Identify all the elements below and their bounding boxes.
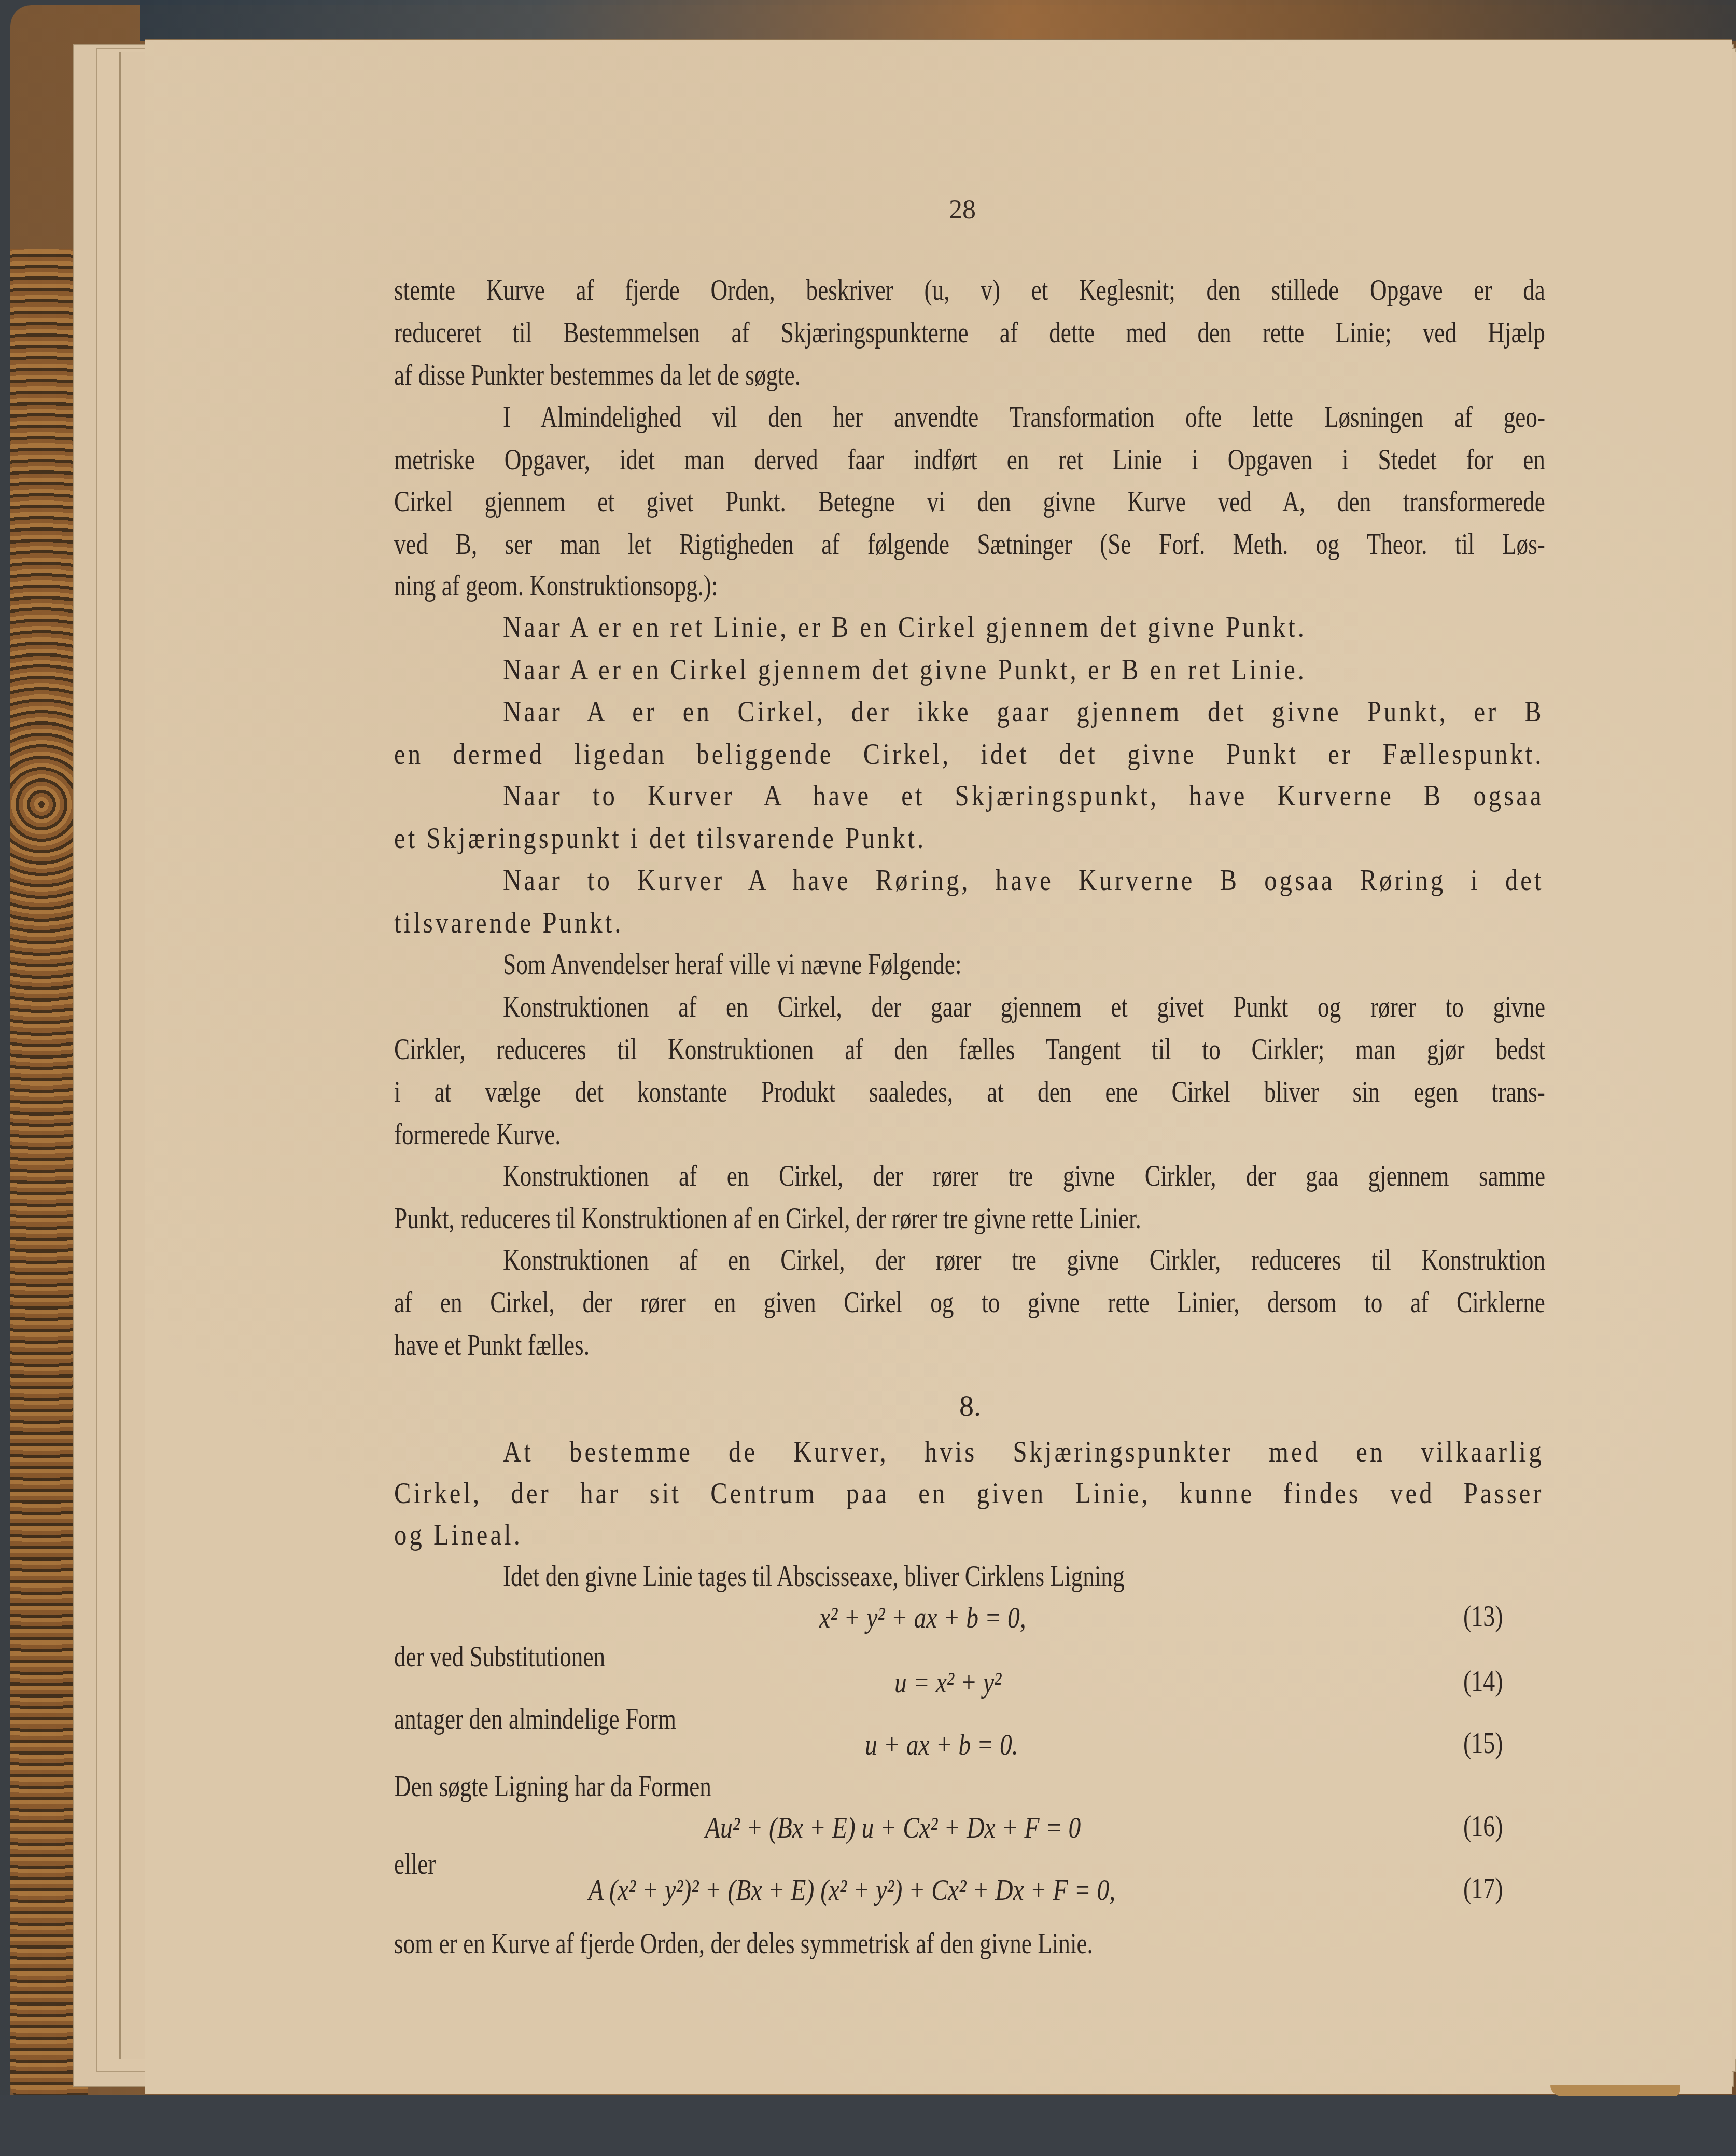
text-line: ning af geom. Konstruktionsopg.): (394, 571, 1545, 601)
text-line: som er en Kurve af fjerde Orden, der del… (394, 1928, 1545, 1958)
equation-15: u + ax + b = 0. (865, 1727, 1018, 1762)
problem-statement-line: Cirkel, der har sit Centrum paa en given… (394, 1478, 1544, 1508)
text-line: have et Punkt fælles. (394, 1330, 1545, 1360)
equation-17: A (x² + y²)² + (Bx + E) (x² + y²) + Cx² … (589, 1872, 1115, 1907)
text-line: Konstruktionen af en Cirkel, der rører t… (503, 1161, 1545, 1191)
theorem-line: et Skjæringspunkt i det tilsvarende Punk… (394, 823, 1544, 853)
equation-16: Au² + (Bx + E) u + Cx² + Dx + F = 0 (705, 1810, 1081, 1845)
text-line: Konstruktionen af en Cirkel, der rører t… (503, 1245, 1545, 1275)
equation-number-13: (13) (1463, 1600, 1503, 1633)
page-number: 28 (949, 194, 976, 225)
theorem-line: en dermed ligedan beliggende Cirkel, ide… (394, 739, 1544, 769)
page-edge-tear (1550, 2085, 1680, 2096)
text-line: reduceret til Bestemmelsen af Skjæringsp… (394, 317, 1545, 347)
text-line: Idet den givne Linie tages til Abscissea… (503, 1561, 1545, 1591)
text-line: i at vælge det konstante Produkt saalede… (394, 1077, 1545, 1107)
text-line: Cirkel gjennem et givet Punkt. Betegne v… (394, 486, 1545, 517)
theorem-line: Naar to Kurver A have et Skjæringspunkt,… (503, 781, 1544, 811)
text-line: Konstruktionen af en Cirkel, der gaar gj… (503, 992, 1545, 1022)
text-line: Som Anvendelser heraf ville vi nævne Føl… (503, 949, 1545, 979)
text-line: formerede Kurve. (394, 1119, 1545, 1149)
book-binding-top-edge (140, 0, 1736, 41)
equation-number-14: (14) (1463, 1665, 1503, 1698)
text-line: af en Cirkel, der rører en given Cirkel … (394, 1287, 1545, 1317)
equation-number-15: (15) (1463, 1727, 1503, 1760)
text-line: af disse Punkter bestemmes da let de søg… (394, 360, 1545, 390)
text-line: I Almindelighed vil den her anvendte Tra… (503, 402, 1545, 432)
equation-number-16: (16) (1463, 1810, 1503, 1843)
equation-number-17: (17) (1463, 1872, 1503, 1905)
theorem-line: Naar A er en Cirkel, der ikke gaar gjenn… (503, 697, 1544, 727)
text-line: stemte Kurve af fjerde Orden, beskriver … (394, 275, 1545, 305)
text-line: metriske Opgaver, idet man derved faar i… (394, 444, 1545, 475)
equation-14: u = x² + y² (894, 1665, 1001, 1700)
equation-13: x² + y² + ax + b = 0, (819, 1600, 1026, 1635)
text-line: ved B, ser man let Rigtigheden af følgen… (394, 529, 1545, 559)
theorem-line: Naar to Kurver A have Røring, have Kurve… (503, 865, 1544, 895)
text-line: Punkt, reduceres til Konstruktionen af e… (394, 1203, 1545, 1233)
theorem-line: tilsvarende Punkt. (394, 908, 1544, 938)
problem-statement-line: At bestemme de Kurver, hvis Skjæringspun… (503, 1437, 1544, 1467)
theorem-line: Naar A er en ret Linie, er B en Cirkel g… (503, 612, 1544, 642)
problem-statement-line: og Lineal. (394, 1520, 1544, 1550)
background-surface (0, 2095, 1736, 2156)
section-number: 8. (959, 1390, 981, 1423)
text-line: Cirkler, reduceres til Konstruktionen af… (394, 1034, 1545, 1064)
theorem-line: Naar A er en Cirkel gjennem det givne Pu… (503, 655, 1544, 685)
text-line: Den søgte Ligning har da Formen (394, 1771, 1545, 1801)
